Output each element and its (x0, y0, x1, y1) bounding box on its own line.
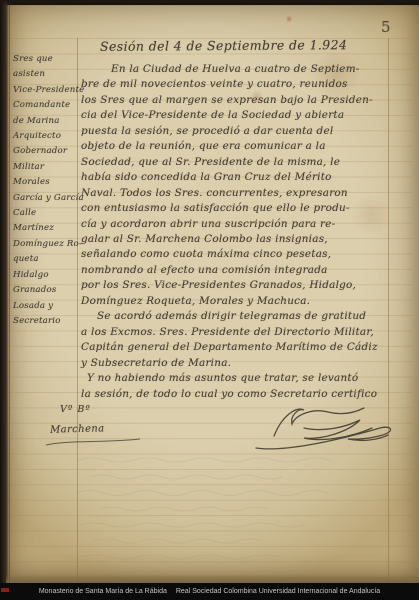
body-line: Domínguez Roqueta, Morales y Machuca. (81, 294, 407, 309)
margin-line: Martínez (13, 221, 77, 236)
margin-line: Gobernador (13, 144, 77, 159)
caption-society: Real Sociedad Colombina Universidad Inte… (176, 588, 380, 595)
margin-line: Losada y (13, 299, 77, 314)
attendees-margin-list: Sres que asisten Vice-Presidente Comanda… (13, 52, 77, 329)
red-edge-mark (1, 588, 9, 592)
margin-line: asisten (13, 67, 77, 82)
secretary-signature-flourish (252, 398, 397, 456)
margin-line: Granados (13, 283, 77, 298)
body-line: En la Ciudad de Huelva a cuatro de Septi… (81, 62, 407, 77)
session-title: Sesión del 4 de Septiembre de 1.924 (100, 37, 347, 54)
margin-line: Calle (13, 206, 77, 221)
body-line: galar al Sr. Marchena Colombo las insign… (81, 232, 407, 247)
caption-institution: Monasterio de Santa María de La Rábida (39, 588, 167, 595)
body-line: Naval. Todos los Sres. concurrentes, exp… (81, 186, 407, 201)
margin-line: Hidalgo (13, 268, 77, 283)
margin-line: Morales (13, 175, 77, 190)
body-line: a los Excmos. Sres. Presidente del Direc… (81, 325, 407, 340)
page-edge-line (9, 0, 10, 584)
body-line: nombrando al efecto una comisión integra… (81, 263, 407, 278)
margin-line: Comandante (13, 98, 77, 113)
body-line: por los Sres. Vice-Presidentes Granados,… (81, 278, 407, 293)
margin-line: Arquitecto (13, 129, 77, 144)
margin-line: queta (13, 252, 77, 267)
margin-line: Sres que (13, 52, 77, 67)
body-line: cia del Vice-Presidente de la Sociedad y… (81, 108, 407, 123)
body-line: con entusiasmo la satisfacción que ello … (81, 201, 407, 216)
body-line: señalando como cuota máxima cinco peseta… (81, 247, 407, 262)
margin-line: García y García (13, 191, 77, 206)
visto-bueno-label: Vº Bº (60, 404, 91, 415)
margin-line: Militar (13, 160, 77, 175)
body-line: cía y acordaron abrir una suscripción pa… (81, 217, 407, 232)
body-line: había sido concedida la Gran Cruz del Mé… (81, 170, 407, 185)
margin-line: Vice-Presidente (13, 83, 77, 98)
president-signature-underline (44, 436, 144, 450)
page-number: 5 (381, 18, 392, 36)
president-signature: Marchena (50, 423, 105, 435)
body-line: objeto de la reunión, que era comunicar … (81, 139, 407, 154)
body-line: los Sres que al margen se expresan bajo … (81, 93, 407, 108)
body-line: Se acordó además dirigir telegramas de g… (81, 309, 407, 324)
top-edge-shadow (0, 0, 419, 6)
margin-line: de Marina (13, 114, 77, 129)
body-line: puesta la sesión, se procedió a dar cuen… (81, 124, 407, 139)
body-line: Y no habiendo más asuntos que tratar, se… (81, 371, 407, 386)
margin-line: Secretario (13, 314, 77, 329)
manuscript-scan: 5 Sesión del 4 de Septiembre de 1.924 Sr… (0, 0, 419, 600)
body-line: bre de mil novecientos veinte y cuatro, … (81, 77, 407, 92)
bleed-through-ghost-text (70, 452, 400, 577)
margin-line: Domínguez Ro- (13, 237, 77, 252)
minutes-body-text: En la Ciudad de Huelva a cuatro de Septi… (81, 62, 407, 402)
body-line: y Subsecretario de Marina. (81, 356, 407, 371)
archive-caption-bar: Monasterio de Santa María de La Rábida R… (0, 583, 419, 600)
binding-shadow (0, 0, 9, 584)
body-line: Capitán general del Departamento Marítim… (81, 340, 407, 355)
body-line: Sociedad, que al Sr. Presidente de la mi… (81, 155, 407, 170)
